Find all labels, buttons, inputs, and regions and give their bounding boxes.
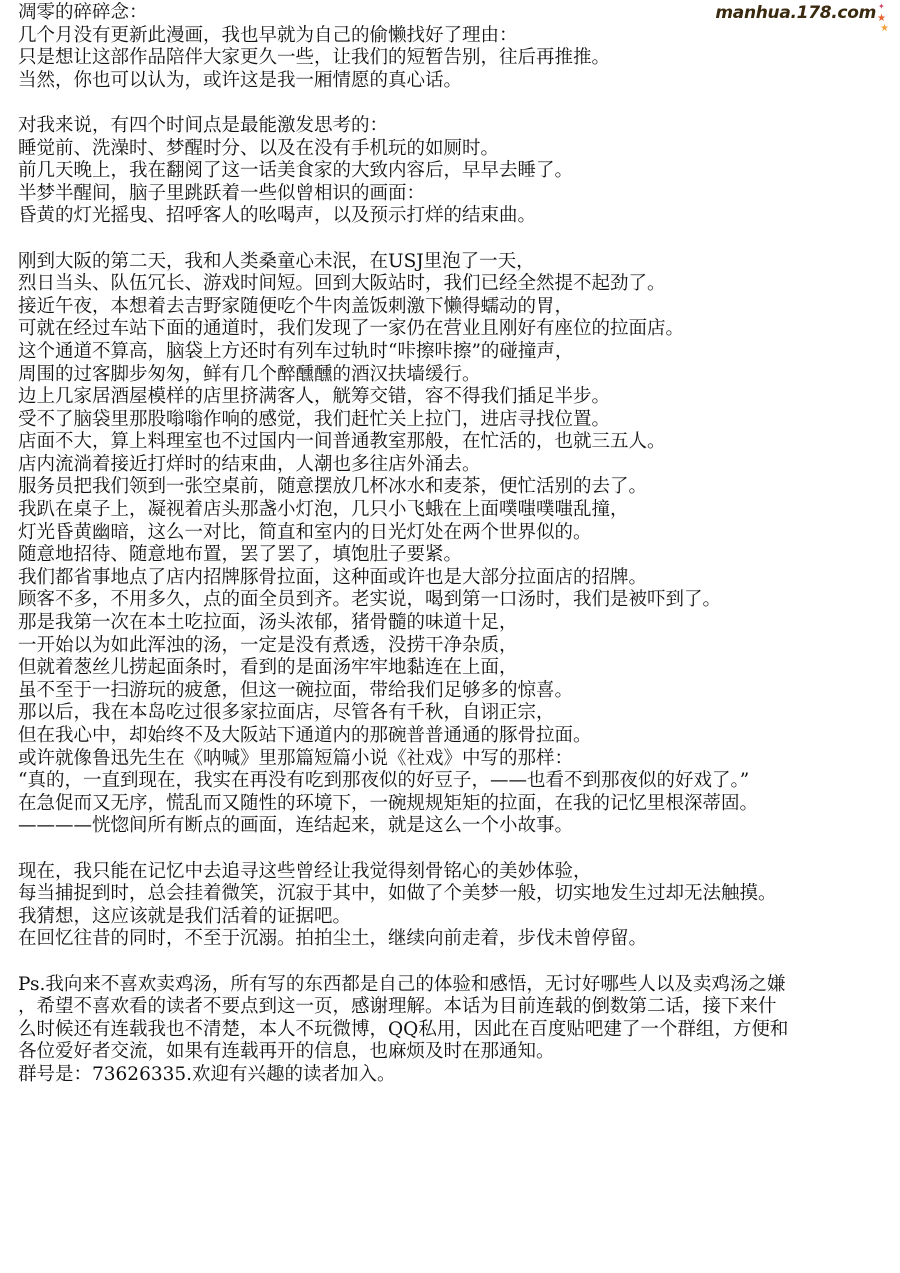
text-line: 在回忆往昔的同时，不至于沉溺。拍拍尘土，继续向前走着，步伐未曾停留。 <box>18 928 898 951</box>
text-line: 凋零的碎碎念： <box>18 2 898 25</box>
text-line: 服务员把我们领到一张空桌前，随意摆放几杯冰水和麦茶，便忙活别的去了。 <box>18 476 898 499</box>
text-line: 顾客不多，不用多久，点的面全员到齐。老实说，喝到第一口汤时，我们是被吓到了。 <box>18 589 898 612</box>
paragraph-thinking-times: 对我来说，有四个时间点是最能激发思考的： 睡觉前、洗澡时、梦醒时分、以及在没有手… <box>18 115 898 228</box>
paragraph-intro: 凋零的碎碎念： 几个月没有更新此漫画，我也早就为自己的偷懒找好了理由： 只是想让… <box>18 2 898 92</box>
paragraph-spacer <box>18 228 898 251</box>
text-line: 受不了脑袋里那股嗡嗡作响的感觉，我们赶忙关上拉门，进店寻找位置。 <box>18 409 898 432</box>
text-line: 烈日当头、队伍冗长、游戏时间短。回到大阪站时，我们已经全然提不起劲了。 <box>18 273 898 296</box>
text-line: 灯光昏黄幽暗，这么一对比，简直和室内的日光灯处在两个世界似的。 <box>18 522 898 545</box>
group-number-line: 群号是：73626335.欢迎有兴趣的读者加入。 <box>18 1064 898 1087</box>
text-line: 接近午夜，本想着去吉野家随便吃个牛肉盖饭刺激下懒得蠕动的胃， <box>18 296 898 319</box>
text-line: 随意地招待、随意地布置，罢了罢了，填饱肚子要紧。 <box>18 544 898 567</box>
text-line: 边上几家居酒屋模样的店里挤满客人，觥筹交错，容不得我们插足半步。 <box>18 386 898 409</box>
text-line: 么时候还有连载我也不清楚，本人不玩微博，QQ私用，因此在百度贴吧建了一个群组，方… <box>18 1019 898 1042</box>
document-body: 凋零的碎碎念： 几个月没有更新此漫画，我也早就为自己的偷懒找好了理由： 只是想让… <box>18 2 898 1087</box>
text-line: 周围的过客脚步匆匆，鲜有几个醉醺醺的酒汉扶墙缓行。 <box>18 364 898 387</box>
text-line: “真的，一直到现在，我实在再没有吃到那夜似的好豆子，——也看不到那夜似的好戏了。… <box>18 770 898 793</box>
text-line: 各位爱好者交流，如果有连载再开的信息，也麻烦及时在那通知。 <box>18 1041 898 1064</box>
text-line: 在急促而又无序，慌乱而又随性的环境下，一碗规规矩矩的拉面，在我的记忆里根深蒂固。 <box>18 793 898 816</box>
text-line: 半梦半醒间，脑子里跳跃着一些似曾相识的画面： <box>18 183 898 206</box>
text-line: 那以后，我在本岛吃过很多家拉面店，尽管各有千秋，自诩正宗， <box>18 702 898 725</box>
paragraph-postscript: Ps.我向来不喜欢卖鸡汤，所有写的东西都是自己的体验和感悟，无讨好哪些人以及卖鸡… <box>18 974 898 1087</box>
text-line: 我趴在桌子上，凝视着店头那盏小灯泡，几只小飞蛾在上面噗嗤噗嗤乱撞， <box>18 499 898 522</box>
text-line: 店内流淌着接近打烊时的结束曲，人潮也多往店外涌去。 <box>18 454 898 477</box>
text-line: 但就着葱丝儿捞起面条时，看到的是面汤牢牢地黏连在上面， <box>18 657 898 680</box>
text-line: 那是我第一次在本土吃拉面，汤头浓郁，猪骨髓的味道十足， <box>18 612 898 635</box>
text-line: 店面不大，算上料理室也不过国内一间普通教室那般，在忙活的，也就三五人。 <box>18 431 898 454</box>
paragraph-spacer <box>18 951 898 974</box>
text-line: 可就在经过车站下面的通道时，我们发现了一家仍在营业且刚好有座位的拉面店。 <box>18 318 898 341</box>
text-line: 或许就像鲁迅先生在《呐喊》里那篇短篇小说《社戏》中写的那样： <box>18 748 898 771</box>
paragraph-spacer <box>18 838 898 861</box>
text-line: 几个月没有更新此漫画，我也早就为自己的偷懒找好了理由： <box>18 25 898 48</box>
text-line: 一开始以为如此浑浊的汤，一定是没有煮透，没捞干净杂质， <box>18 635 898 658</box>
text-line: 昏黄的灯光摇曳、招呼客人的吆喝声，以及预示打烊的结束曲。 <box>18 205 898 228</box>
text-line: 我猜想，这应该就是我们活着的证据吧。 <box>18 906 898 929</box>
text-line: 当然，你也可以认为，或许这是我一厢情愿的真心话。 <box>18 70 898 93</box>
paragraph-spacer <box>18 92 898 115</box>
paragraph-reflection: 现在，我只能在记忆中去追寻这些曾经让我觉得刻骨铭心的美妙体验， 每当捕捉到时，总… <box>18 861 898 951</box>
text-line: ，希望不喜欢看的读者不要点到这一页，感谢理解。本话为目前连载的倒数第二话，接下来… <box>18 996 898 1019</box>
text-line: 前几天晚上，我在翻阅了这一话美食家的大致内容后，早早去睡了。 <box>18 160 898 183</box>
text-line: 睡觉前、洗澡时、梦醒时分、以及在没有手机玩的如厕时。 <box>18 138 898 161</box>
text-line: 但在我心中，却始终不及大阪站下通道内的那碗普普通通的豚骨拉面。 <box>18 725 898 748</box>
text-line: 对我来说，有四个时间点是最能激发思考的： <box>18 115 898 138</box>
paragraph-osaka-story: 刚到大阪的第二天，我和人类桑童心未泯，在USJ里泡了一天， 烈日当头、队伍冗长、… <box>18 251 898 838</box>
text-line: 我们都省事地点了店内招牌豚骨拉面，这种面或许也是大部分拉面店的招牌。 <box>18 567 898 590</box>
text-line: 虽不至于一扫游玩的疲惫，但这一碗拉面，带给我们足够多的惊喜。 <box>18 680 898 703</box>
text-line: 每当捕捉到时，总会挂着微笑，沉寂于其中，如做了个美梦一般，切实地发生过却无法触摸… <box>18 883 898 906</box>
text-line: 这个通道不算高，脑袋上方还时有列车过轨时“咔擦咔擦”的碰撞声， <box>18 341 898 364</box>
text-line: 现在，我只能在记忆中去追寻这些曾经让我觉得刻骨铭心的美妙体验， <box>18 861 898 884</box>
text-line: 只是想让这部作品陪伴大家更久一些，让我们的短暂告别，往后再推推。 <box>18 47 898 70</box>
text-line: 刚到大阪的第二天，我和人类桑童心未泯，在USJ里泡了一天， <box>18 251 898 274</box>
text-line: Ps.我向来不喜欢卖鸡汤，所有写的东西都是自己的体验和感悟，无讨好哪些人以及卖鸡… <box>18 974 898 997</box>
text-line: ————恍惚间所有断点的画面，连结起来，就是这么一个小故事。 <box>18 815 898 838</box>
